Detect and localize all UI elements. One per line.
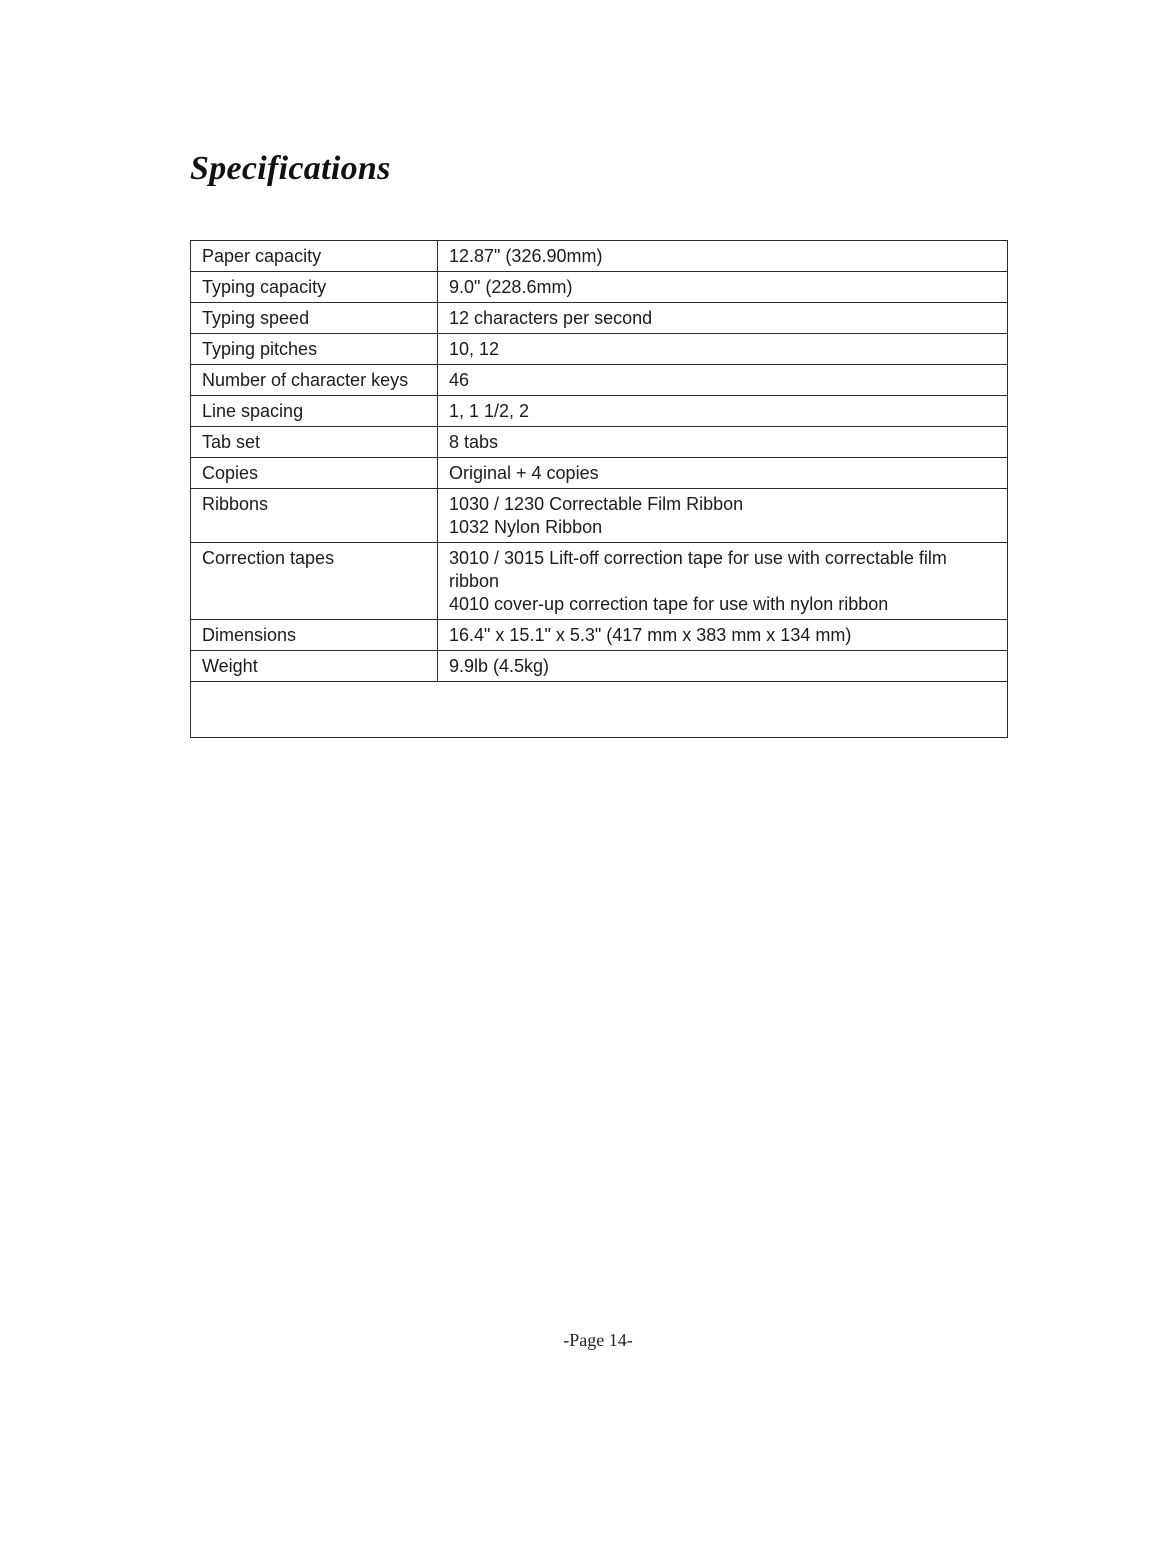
table-row: Typing pitches10, 12	[191, 334, 1008, 365]
spec-label: Typing speed	[191, 303, 438, 334]
spec-label: Tab set	[191, 427, 438, 458]
table-row: Paper capacity12.87" (326.90mm)	[191, 241, 1008, 272]
spec-value: 9.9lb (4.5kg)	[438, 651, 1008, 682]
spec-value: 3010 / 3015 Lift-off correction tape for…	[438, 543, 1008, 620]
spec-value-line: 12 characters per second	[449, 307, 996, 330]
spec-value: 12 characters per second	[438, 303, 1008, 334]
spec-value: 9.0" (228.6mm)	[438, 272, 1008, 303]
spec-value: 46	[438, 365, 1008, 396]
table-row: Number of character keys46	[191, 365, 1008, 396]
table-row: Ribbons1030 / 1230 Correctable Film Ribb…	[191, 489, 1008, 543]
spec-label: Correction tapes	[191, 543, 438, 620]
table-row: Typing speed12 characters per second	[191, 303, 1008, 334]
specifications-table: Paper capacity12.87" (326.90mm)Typing ca…	[190, 240, 1008, 738]
empty-row	[191, 682, 1008, 738]
spec-value-line: 46	[449, 369, 996, 392]
table-row: Dimensions16.4" x 15.1" x 5.3" (417 mm x…	[191, 620, 1008, 651]
spec-value-line: 1030 / 1230 Correctable Film Ribbon	[449, 493, 996, 516]
spec-value-line: 12.87" (326.90mm)	[449, 245, 996, 268]
table-row: CopiesOriginal + 4 copies	[191, 458, 1008, 489]
spec-value: 12.87" (326.90mm)	[438, 241, 1008, 272]
spec-label: Typing pitches	[191, 334, 438, 365]
spec-label: Line spacing	[191, 396, 438, 427]
spec-value-line: 4010 cover-up correction tape for use wi…	[449, 593, 996, 616]
table-row: Tab set8 tabs	[191, 427, 1008, 458]
table-row: Line spacing1, 1 1/2, 2	[191, 396, 1008, 427]
spec-value-line: 9.0" (228.6mm)	[449, 276, 996, 299]
spec-label: Paper capacity	[191, 241, 438, 272]
spec-label: Copies	[191, 458, 438, 489]
spec-value-line: 10, 12	[449, 338, 996, 361]
spec-value-line: 1, 1 1/2, 2	[449, 400, 996, 423]
page-title: Specifications	[190, 150, 391, 188]
spec-value-line: 9.9lb (4.5kg)	[449, 655, 996, 678]
spec-value: Original + 4 copies	[438, 458, 1008, 489]
spec-value: 1, 1 1/2, 2	[438, 396, 1008, 427]
table-row: Typing capacity9.0" (228.6mm)	[191, 272, 1008, 303]
spec-value: 1030 / 1230 Correctable Film Ribbon1032 …	[438, 489, 1008, 543]
spec-value-line: 16.4" x 15.1" x 5.3" (417 mm x 383 mm x …	[449, 624, 996, 647]
spec-label: Number of character keys	[191, 365, 438, 396]
spec-label: Weight	[191, 651, 438, 682]
spec-label: Typing capacity	[191, 272, 438, 303]
empty-cell	[191, 682, 1008, 738]
spec-value: 10, 12	[438, 334, 1008, 365]
spec-value-line: 1032 Nylon Ribbon	[449, 516, 996, 539]
spec-label: Dimensions	[191, 620, 438, 651]
spec-value: 16.4" x 15.1" x 5.3" (417 mm x 383 mm x …	[438, 620, 1008, 651]
spec-value: 8 tabs	[438, 427, 1008, 458]
table-row: Correction tapes3010 / 3015 Lift-off cor…	[191, 543, 1008, 620]
spec-value-line: 8 tabs	[449, 431, 996, 454]
spec-label: Ribbons	[191, 489, 438, 543]
page-number: -Page 14-	[0, 1330, 1166, 1351]
spec-value-line: 3010 / 3015 Lift-off correction tape for…	[449, 547, 996, 593]
spec-value-line: Original + 4 copies	[449, 462, 996, 485]
table-row: Weight9.9lb (4.5kg)	[191, 651, 1008, 682]
